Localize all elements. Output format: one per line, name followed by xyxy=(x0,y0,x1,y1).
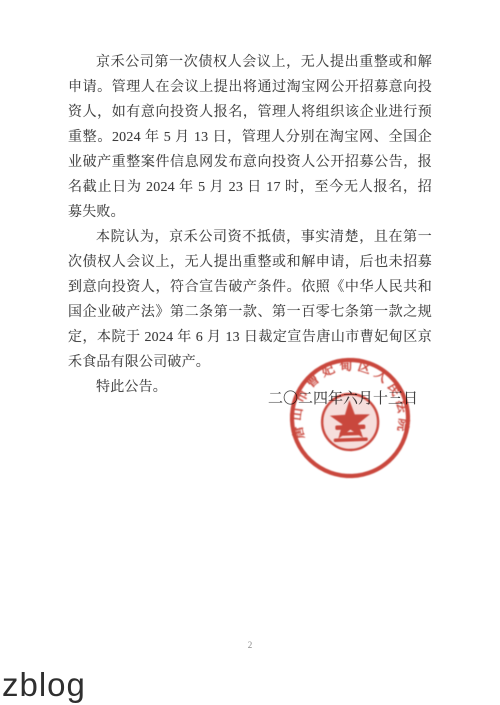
paragraph-creditors-meeting: 京禾公司第一次债权人会议上，无人提出重整或和解申请。管理人在会议上提出将通过淘宝… xyxy=(68,50,432,225)
announcement-body: 京禾公司第一次债权人会议上，无人提出重整或和解申请。管理人在会议上提出将通过淘宝… xyxy=(68,50,432,400)
court-seal-stamp: 唐山市曹妃甸区人民法院 xyxy=(286,354,414,482)
paragraph-court-ruling: 本院认为，京禾公司资不抵债，事实清楚，且在第一次债权人会议上，无人提出重整或和解… xyxy=(68,225,432,375)
national-emblem-icon xyxy=(321,393,379,451)
page-number: 2 xyxy=(68,640,432,650)
zblog-watermark: zblog xyxy=(2,666,86,704)
document-page: 京禾公司第一次债权人会议上，无人提出重整或和解申请。管理人在会议上提出将通过淘宝… xyxy=(0,0,500,705)
